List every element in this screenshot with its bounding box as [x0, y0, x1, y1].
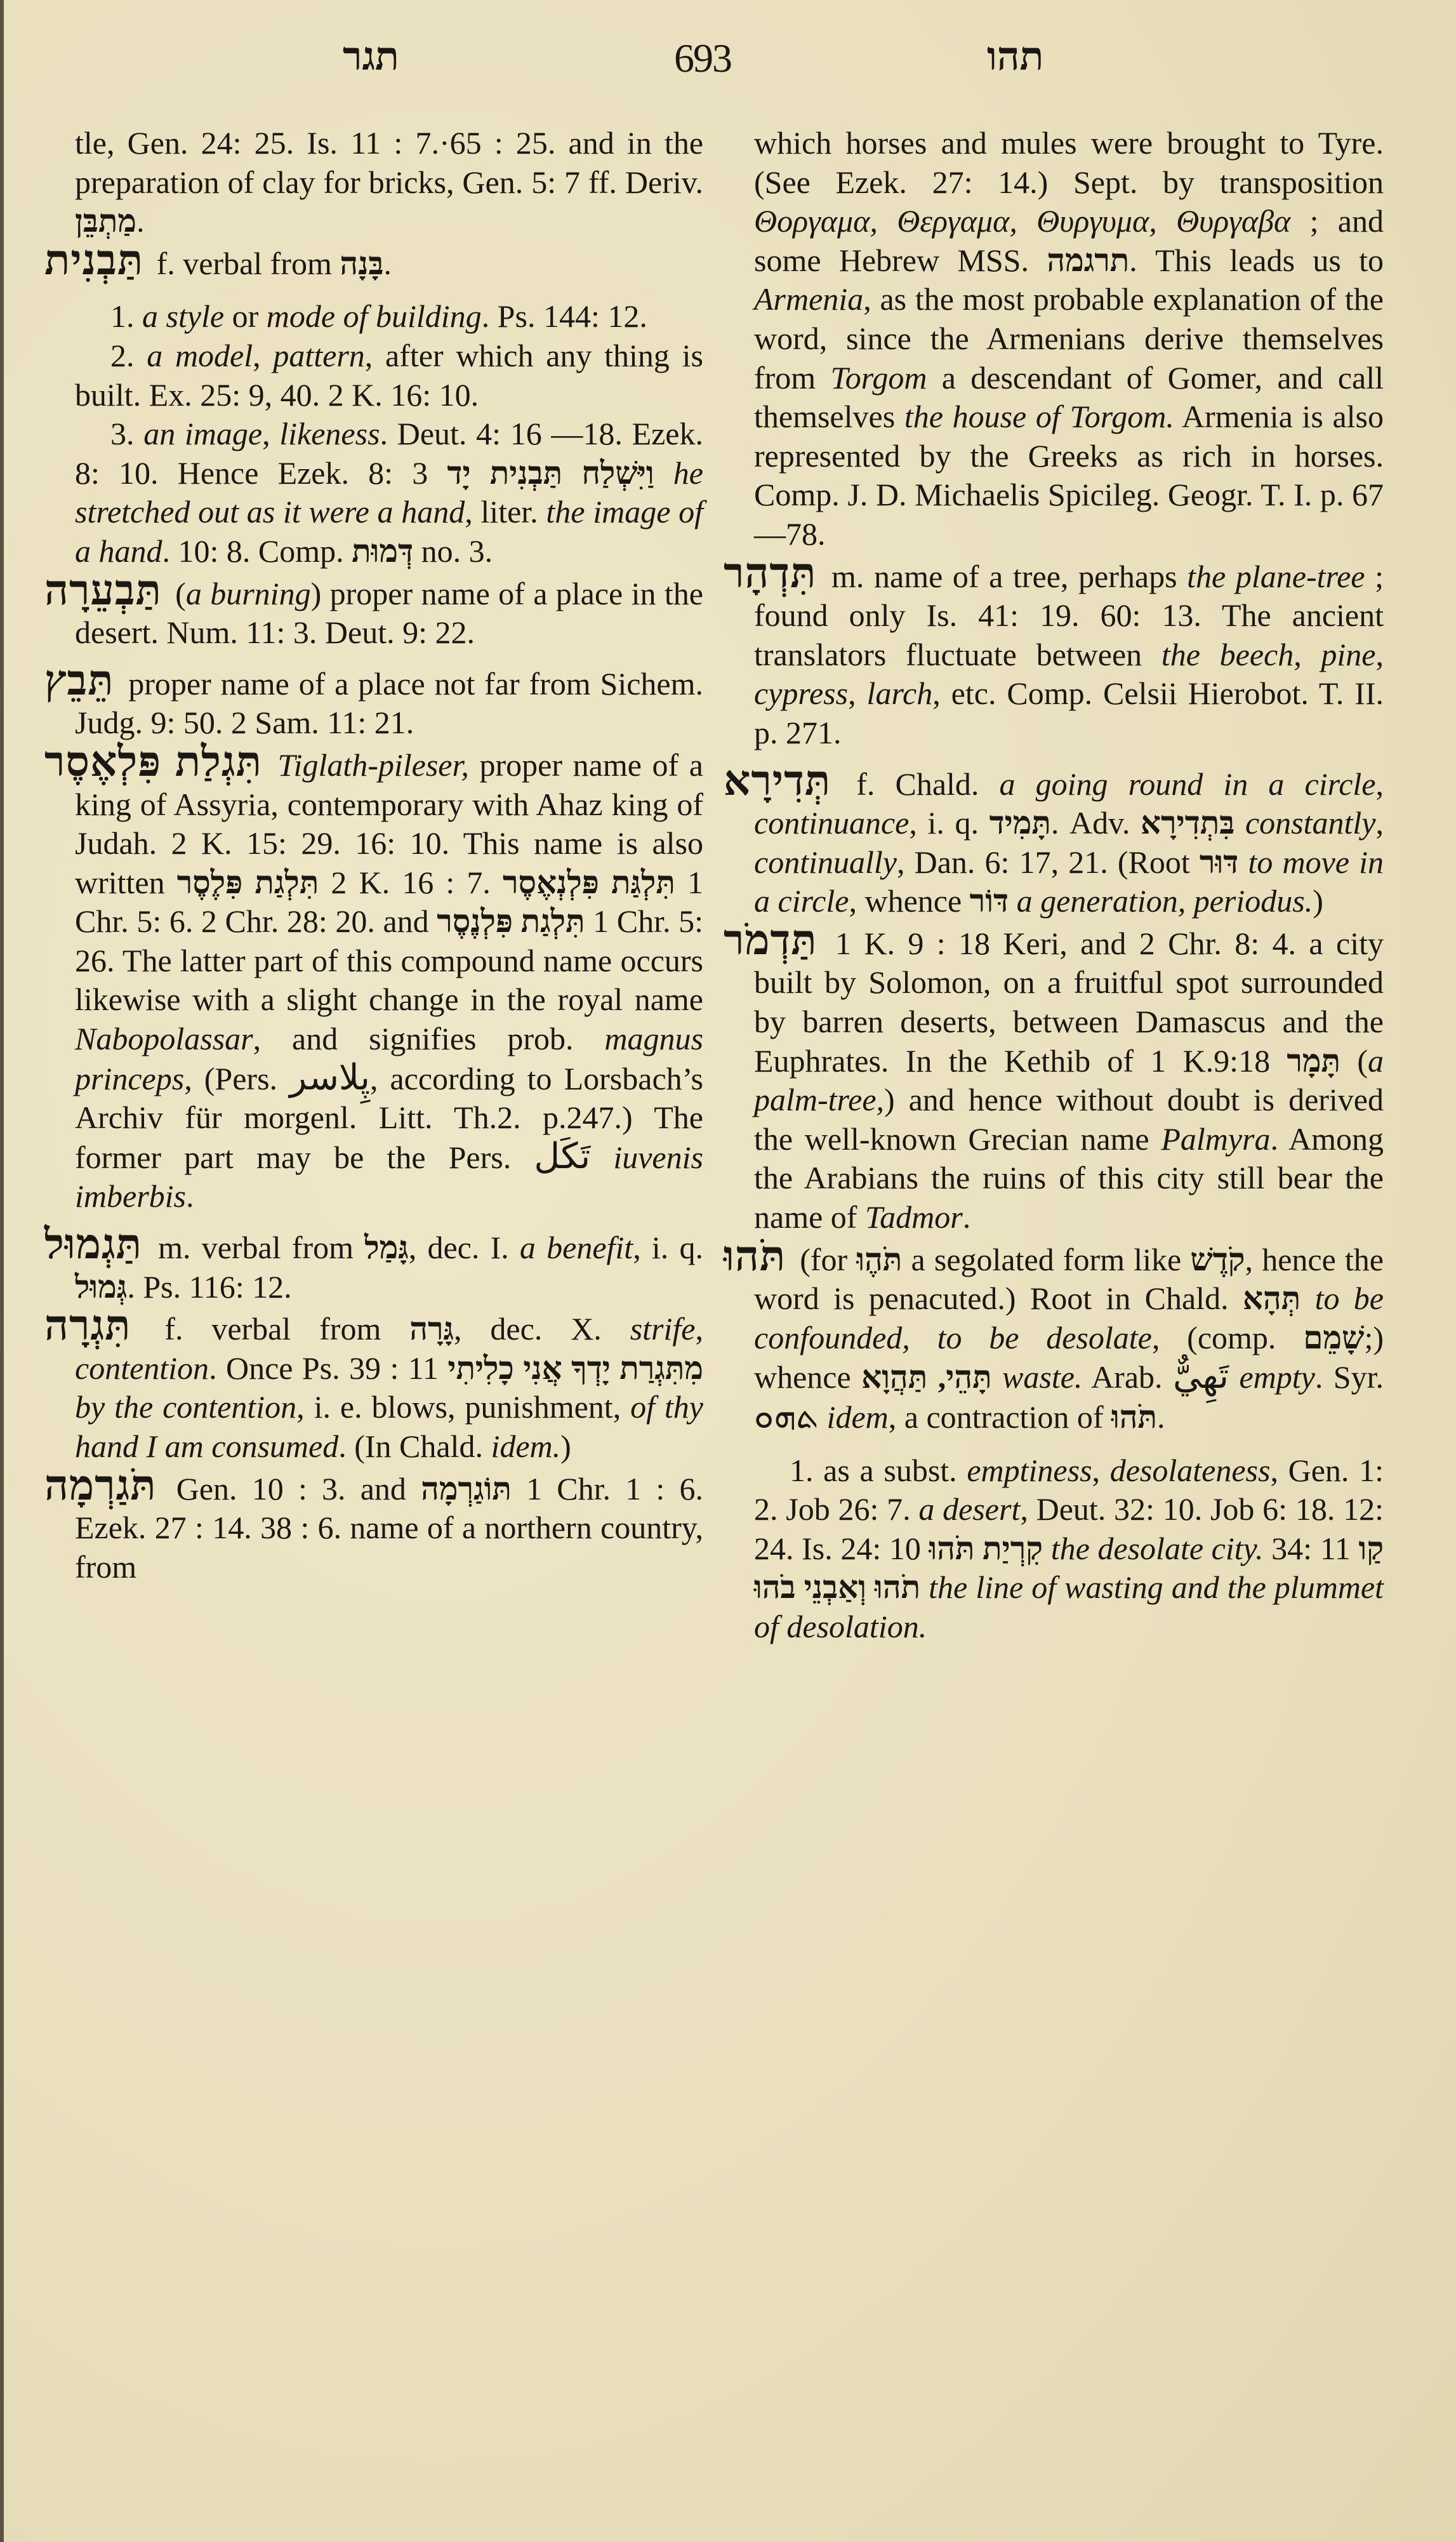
running-head-left: תגר	[343, 35, 399, 80]
arabic-word: تَهِيٌّ	[1173, 1357, 1229, 1396]
headword: תֹּגַרְמָה	[44, 1463, 157, 1509]
entry-continuation: which horses and mules were brought to T…	[754, 124, 1384, 554]
right-column: which horses and mules were brought to T…	[754, 124, 1384, 1647]
entry-tedira: תְּדִירָא f. Chald. a going round in a c…	[754, 762, 1384, 921]
headword: תִּדְהָר	[724, 550, 816, 597]
persian-word: تَكَل	[534, 1137, 590, 1176]
entry-tagmul: תַּגְמוּל m. verbal from גָּמַל, dec. I.…	[75, 1225, 703, 1307]
sense-3: 3. an image, likeness. Deut. 4: 16 —18. …	[75, 415, 703, 571]
headword: תַּגְמוּל	[44, 1221, 142, 1268]
entry-continuation: tle, Gen. 24: 25. Is. 11 : 7.·65 : 25. a…	[75, 124, 703, 241]
headword: תְּדִירָא	[724, 758, 831, 804]
greek-forms: Θοργαμα, Θεργαμα, Θυργυμα, Θυργαβα	[754, 203, 1290, 239]
sense-2: 2. a model, pattern, after which any thi…	[75, 336, 703, 415]
headword: תַּדְמֹר	[724, 917, 817, 964]
entry-tabnit: תַּבְנִית f. verbal from בָּנָה. 1. a st…	[75, 241, 703, 571]
entry-tidhar: תִּדְהָר m. name of a tree, perhaps the …	[754, 554, 1384, 753]
entry-togarmah: תֹּגַרְמָה Gen. 10 : 3. and תּוֹגַרְמָה …	[75, 1467, 703, 1587]
headword: תִּגְלַת פִּלְאֶסֶר	[44, 739, 262, 785]
left-column: tle, Gen. 24: 25. Is. 11 : 7.·65 : 25. a…	[75, 124, 703, 1587]
entry-taberah: תַּבְעֵרָה (a burning) proper name of a …	[75, 571, 703, 653]
sense-1: 1. as a subst. emptiness, desolateness, …	[754, 1451, 1384, 1647]
entry-tebez: תֵּבֵץ proper name of a place not far fr…	[75, 662, 703, 743]
headword: תַּבְעֵרָה	[44, 568, 162, 614]
page-left-edge	[0, 0, 4, 2542]
page-number: 693	[674, 35, 731, 82]
hebrew-word: מַתְבֵּן	[75, 203, 136, 239]
sense-1: 1. a style or mode of building. Ps. 144:…	[75, 297, 703, 336]
running-head-right: תהו	[987, 35, 1043, 80]
entry-tadmor: תַּדְמֹר 1 K. 9 : 18 Keri, and 2 Chr. 8:…	[754, 921, 1384, 1237]
persian-word: پِلاسر	[289, 1058, 370, 1098]
entry-tohu: תֹּהוּ (for תֹּהֶוּ a segolated form lik…	[754, 1237, 1384, 1647]
headword: תַּבְנִית	[44, 237, 143, 284]
entry-tigrah: תִּגְרָה f. verbal from גָּרָה, dec. X. …	[75, 1307, 703, 1466]
headword: תֹּהוּ	[724, 1234, 786, 1280]
headword: תֵּבֵץ	[44, 658, 114, 704]
headword: תִּגְרָה	[44, 1303, 131, 1349]
entry-tiglath-pileser: תִּגְלַת פִּלְאֶסֶר Tiglath-pileser, pro…	[75, 743, 703, 1216]
running-head: תגר 693 תהו	[0, 35, 1456, 86]
syriac-word: ܬܗܘ	[754, 1397, 819, 1436]
